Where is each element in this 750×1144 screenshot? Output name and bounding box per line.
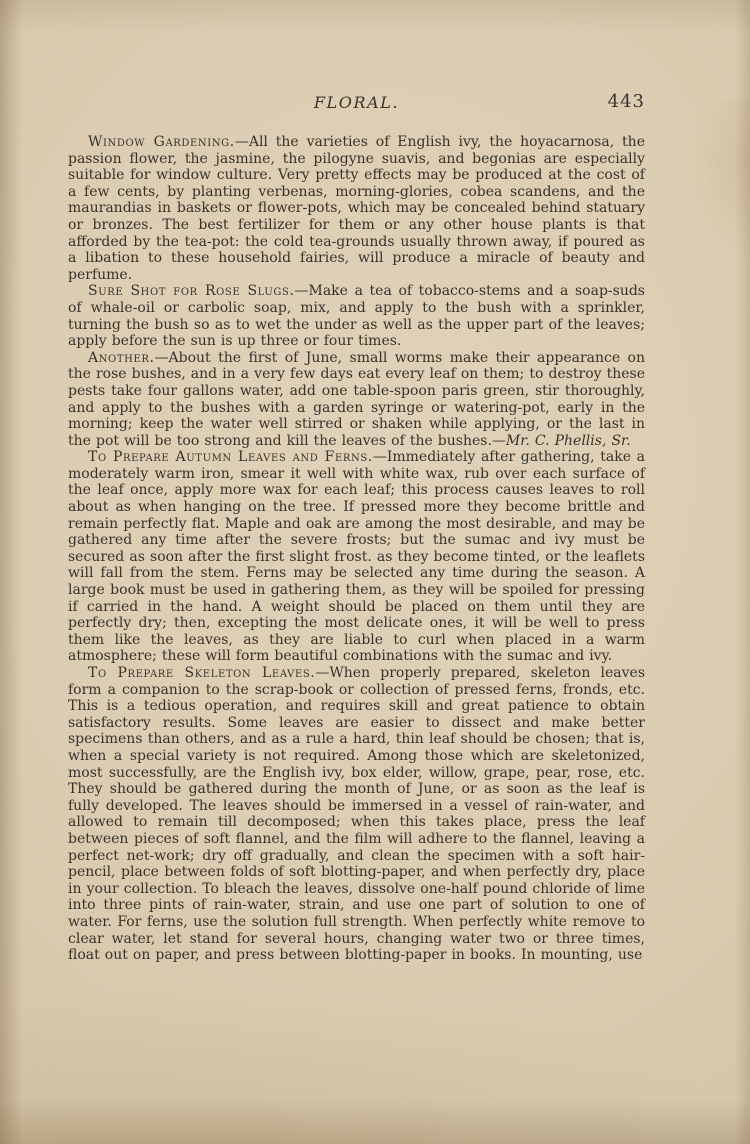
section-heading-skeleton-leaves: To Prepare Skeleton Leaves. [88,665,315,681]
paragraph-skeleton-leaves: To Prepare Skeleton Leaves.—When properl… [68,665,645,964]
section-heading-another: Another. [88,350,155,366]
paragraph-text: —Immediately after gathering, take a mod… [68,449,645,664]
paper-stain [690,100,750,260]
paper-stain [0,980,750,1144]
paragraph-window-gardening: Window Gardening.—All the varieties of E… [68,134,645,283]
page-header: FLORAL. 443 [68,93,645,117]
paragraph-text: —All the varieties of English ivy, the h… [68,134,645,283]
running-title: FLORAL. [68,93,645,112]
author-attribution: —Mr. C. Phellis, Sr. [492,433,631,449]
section-heading-sure-shot: Sure Shot for Rose Slugs. [88,283,295,299]
section-heading-window-gardening: Window Gardening. [88,134,235,150]
paragraph-autumn-leaves-ferns: To Prepare Autumn Leaves and Ferns.—Imme… [68,449,645,665]
page-body: Window Gardening.—All the varieties of E… [68,134,645,964]
paragraph-text: —When properly prepared, skeleton leaves… [68,665,645,963]
paragraph-another: Another.—About the first of June, small … [68,350,645,450]
paragraph-sure-shot-rose-slugs: Sure Shot for Rose Slugs.—Make a tea of … [68,283,645,349]
book-page-scan: FLORAL. 443 Window Gardening.—All the va… [0,0,750,1144]
page-number: 443 [608,91,645,112]
section-heading-autumn-leaves: To Prepare Autumn Leaves and Ferns. [88,449,373,465]
